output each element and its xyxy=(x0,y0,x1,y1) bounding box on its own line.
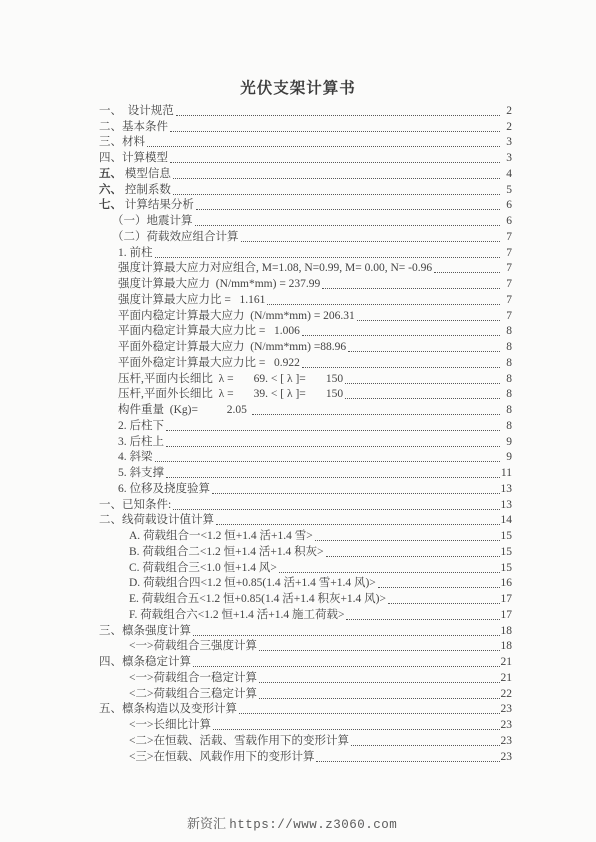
dot-leader xyxy=(173,509,499,510)
toc-row: 5. 斜支撑 11 xyxy=(0,465,512,481)
toc-entry-title: 荷载组合三稳定计算 xyxy=(153,687,257,702)
dot-leader xyxy=(173,178,500,179)
toc-entry-title: 荷载效应组合计算 xyxy=(147,230,239,245)
toc-entry-number: <三> xyxy=(129,750,153,765)
dot-leader xyxy=(351,745,500,746)
dot-leader xyxy=(193,635,500,636)
toc-page-number: 9 xyxy=(501,435,512,450)
toc-page-number: 13 xyxy=(501,482,513,497)
toc-row: 三、 檩条强度计算 18 xyxy=(0,623,512,639)
toc-entry-number: <二> xyxy=(129,734,153,749)
dot-leader xyxy=(302,367,500,368)
dot-leader xyxy=(166,446,500,447)
toc-page-number: 7 xyxy=(501,277,512,292)
toc-row: D. 荷载组合四<1.2 恒+0.85(1.4 活+1.4 雪+1.4 风)> … xyxy=(0,576,512,592)
dot-leader xyxy=(259,650,500,651)
dot-leader xyxy=(302,335,500,336)
toc-entry-title: 控制系数 xyxy=(122,183,171,198)
dot-leader xyxy=(170,162,500,163)
toc-entry-title: 平面外稳定计算最大应力比 = 0.922 xyxy=(118,356,300,371)
toc-row: <一> 长细比计算 23 xyxy=(0,717,512,733)
toc-page-number: 5 xyxy=(501,183,512,198)
toc-page-number: 2 xyxy=(501,120,512,135)
toc-entry-number: 三、 xyxy=(99,624,122,639)
toc-entry-number: 6. xyxy=(118,482,127,497)
toc-row: 一、 已知条件: 13 xyxy=(0,497,512,513)
toc-entry-title: 荷载组合一<1.2 恒+1.4 活+1.4 雪> xyxy=(140,529,313,544)
toc-entry-title: 强度计算最大应力 (N/mm*mm) = 237.99 xyxy=(118,277,320,292)
toc-page-number: 7 xyxy=(501,246,512,261)
toc-entry-number: 一、 xyxy=(99,498,122,513)
toc-page-number: 17 xyxy=(501,592,513,607)
toc-page-number: 8 xyxy=(501,340,512,355)
dot-leader xyxy=(147,146,500,147)
toc-entry-title: 荷载组合五<1.2 恒+0.85(1.4 活+1.4 积灰+1.4 风)> xyxy=(139,592,386,607)
toc-entry-number: 六、 xyxy=(99,183,122,198)
dot-leader xyxy=(252,414,500,415)
footer-watermark: 新资汇 https://www.z3060.com xyxy=(187,813,397,832)
toc-page-number: 8 xyxy=(501,403,512,418)
toc-page-number: 18 xyxy=(501,639,513,654)
toc-row: 三、 材料 3 xyxy=(0,135,512,151)
toc-entry-number: A. xyxy=(129,529,140,544)
toc-row: 4. 斜梁 9 xyxy=(0,450,512,466)
toc-entry-title: 荷载组合一稳定计算 xyxy=(153,671,257,686)
toc-entry-number: <一> xyxy=(129,718,153,733)
toc-entry-title: 压杆,平面外长细比 λ = 39. < [ λ ]= 150 xyxy=(118,387,343,402)
toc-row: 构件重量 (Kg)= 2.05 8 xyxy=(0,402,512,418)
toc-row: B. 荷载组合二<1.2 恒+1.4 活+1.4 积灰> 15 xyxy=(0,544,512,560)
toc-page-number: 23 xyxy=(501,734,513,749)
toc-row: <二> 在恒载、活载、雪载作用下的变形计算 23 xyxy=(0,733,512,749)
toc-row: C. 荷载组合三<1.0 恒+1.4 风> 15 xyxy=(0,560,512,576)
toc-page-number: 17 xyxy=(501,608,513,623)
toc-row: 6. 位移及挠度验算 13 xyxy=(0,481,512,497)
toc-page-number: 8 xyxy=(501,356,512,371)
dot-leader xyxy=(326,556,500,557)
toc-entry-title: 荷载组合二<1.2 恒+1.4 活+1.4 积灰> xyxy=(140,545,324,560)
toc-row: 2. 后柱下 8 xyxy=(0,418,512,434)
toc-entry-title: 强度计算最大应力对应组合, M=1.08, N=0.99, M= 0.00, N… xyxy=(118,261,432,276)
toc-entry-title: 檩条强度计算 xyxy=(122,624,191,639)
toc-entry-number: 5. xyxy=(118,466,127,481)
toc-page-number: 15 xyxy=(501,561,513,576)
dot-leader xyxy=(241,241,501,242)
toc-entry-title: 檩条构造以及变形计算 xyxy=(122,702,237,717)
dot-leader xyxy=(173,194,500,195)
toc-entry-title: 位移及挠度验算 xyxy=(127,482,210,497)
toc-page-number: 14 xyxy=(501,513,513,528)
toc-entry-number: 一、 xyxy=(99,104,122,119)
toc-page-number: 7 xyxy=(501,309,512,324)
toc-entry-number: E. xyxy=(129,592,139,607)
dot-leader xyxy=(315,540,500,541)
toc-row: 1. 前柱 7 xyxy=(0,245,512,261)
toc-entry-number: B. xyxy=(129,545,140,560)
toc-entry-title: 斜支撑 xyxy=(127,466,164,481)
toc-entry-title: 设计规范 xyxy=(122,104,174,119)
dot-leader xyxy=(259,682,500,683)
toc-entry-title: 模型信息 xyxy=(122,167,171,182)
dot-leader xyxy=(316,761,499,762)
toc-page-number: 8 xyxy=(501,324,512,339)
toc-entry-number: <一> xyxy=(129,639,153,654)
toc-page-number: 11 xyxy=(501,466,512,481)
toc-row: 二、 基本条件 2 xyxy=(0,119,512,135)
toc-row: 一、 设计规范 2 xyxy=(0,103,512,119)
dot-leader xyxy=(213,729,500,730)
toc-page-number: 22 xyxy=(501,687,513,702)
toc-row: 四、 计算模型 3 xyxy=(0,150,512,166)
toc-entry-number: C. xyxy=(129,561,140,576)
toc-page-number: 7 xyxy=(501,261,512,276)
toc-row: E. 荷载组合五<1.2 恒+0.85(1.4 活+1.4 积灰+1.4 风)>… xyxy=(0,591,512,607)
toc-page-number: 3 xyxy=(501,135,512,150)
toc-entry-title: 地震计算 xyxy=(147,214,193,229)
toc-row: 二、 线荷载设计值计算 14 xyxy=(0,513,512,529)
toc-entry-title: 基本条件 xyxy=(122,120,168,135)
dot-leader xyxy=(434,272,500,273)
toc-entry-title: 荷载组合六<1.2 恒+1.4 活+1.4 施工荷载> xyxy=(137,608,344,623)
toc-entry-title: 斜梁 xyxy=(127,450,153,465)
dot-leader xyxy=(166,477,500,478)
toc-page-number: 15 xyxy=(501,529,513,544)
toc-entry-number: 五、 xyxy=(99,167,122,182)
dot-leader xyxy=(212,493,500,494)
toc-page-number: 15 xyxy=(501,545,513,560)
toc-entry-number: 1. xyxy=(118,246,127,261)
dot-leader xyxy=(155,257,501,258)
dot-leader xyxy=(348,351,500,352)
dot-leader xyxy=(166,430,500,431)
toc-row: 强度计算最大应力 (N/mm*mm) = 237.99 7 xyxy=(0,276,512,292)
toc-row: 平面内稳定计算最大应力比 = 1.006 8 xyxy=(0,324,512,340)
toc-entry-number: 4. xyxy=(118,450,127,465)
toc-entry-title: 檩条稳定计算 xyxy=(122,655,191,670)
toc-entry-title: 计算模型 xyxy=(122,151,168,166)
toc-entry-title: 后柱上 xyxy=(127,435,164,450)
toc-row: 平面外稳定计算最大应力 (N/mm*mm) =88.96 8 xyxy=(0,339,512,355)
dot-leader xyxy=(195,225,501,226)
toc-entry-title: 荷载组合三强度计算 xyxy=(153,639,257,654)
toc-entry-title: 计算结果分析 xyxy=(122,198,194,213)
dot-leader xyxy=(322,288,500,289)
toc-entry-number: 3. xyxy=(118,435,127,450)
toc-row: 六、 控制系数 5 xyxy=(0,182,512,198)
toc-entry-title: 荷载组合三<1.0 恒+1.4 风> xyxy=(140,561,277,576)
dot-leader xyxy=(155,461,501,462)
page-title: 光伏支架计算书 xyxy=(0,76,596,98)
toc-entry-number: 二、 xyxy=(99,120,122,135)
dot-leader xyxy=(196,209,500,210)
toc-page-number: 6 xyxy=(501,214,512,229)
toc-page-number: 2 xyxy=(501,104,512,119)
toc-row: 五、 檩条构造以及变形计算 23 xyxy=(0,702,512,718)
toc-row: （二） 荷载效应组合计算 7 xyxy=(0,229,512,245)
toc-entry-title: 在恒载、风载作用下的变形计算 xyxy=(153,750,314,765)
toc-row: 七、 计算结果分析 6 xyxy=(0,198,512,214)
toc-entry-title: 压杆,平面内长细比 λ = 69. < [ λ ]= 150 xyxy=(118,372,343,387)
toc-page-number: 8 xyxy=(501,387,512,402)
toc-row: 平面外稳定计算最大应力比 = 0.922 8 xyxy=(0,355,512,371)
toc-page-number: 23 xyxy=(501,702,513,717)
dot-leader xyxy=(239,713,500,714)
toc-row: 压杆,平面外长细比 λ = 39. < [ λ ]= 150 8 xyxy=(0,387,512,403)
toc-entry-title: 构件重量 (Kg)= 2.05 xyxy=(118,403,250,418)
toc-entry-number: 四、 xyxy=(99,151,122,166)
toc-page-number: 8 xyxy=(501,419,512,434)
toc-entry-title: 材料 xyxy=(122,135,145,150)
dot-leader xyxy=(357,320,500,321)
toc-row: 强度计算最大应力对应组合, M=1.08, N=0.99, M= 0.00, N… xyxy=(0,261,512,277)
toc-entry-number: 七、 xyxy=(99,198,122,213)
footer-brand: 新资汇 xyxy=(187,816,226,831)
toc-row: <二> 荷载组合三稳定计算 22 xyxy=(0,686,512,702)
toc-page-number: 13 xyxy=(501,498,513,513)
dot-leader xyxy=(176,115,500,116)
toc-row: A. 荷载组合一<1.2 恒+1.4 活+1.4 雪> 15 xyxy=(0,528,512,544)
table-of-contents: 一、 设计规范 2 二、 基本条件 2 三、 材料 3 四、 计算模型 3 五、… xyxy=(0,103,512,765)
toc-page-number: 23 xyxy=(501,750,513,765)
toc-row: 压杆,平面内长细比 λ = 69. < [ λ ]= 150 8 xyxy=(0,371,512,387)
toc-page-number: 16 xyxy=(501,576,513,591)
dot-leader xyxy=(378,587,500,588)
toc-row: F. 荷载组合六<1.2 恒+1.4 活+1.4 施工荷载> 17 xyxy=(0,607,512,623)
toc-page-number: 23 xyxy=(501,718,513,733)
toc-row: 强度计算最大应力比 = 1.161 7 xyxy=(0,292,512,308)
footer-url: https://www.z3060.com xyxy=(229,818,397,832)
toc-page-number: 9 xyxy=(501,450,512,465)
toc-row: 平面内稳定计算最大应力 (N/mm*mm) = 206.31 7 xyxy=(0,308,512,324)
toc-entry-title: 长细比计算 xyxy=(153,718,211,733)
toc-page-number: 7 xyxy=(501,293,512,308)
toc-entry-title: 平面内稳定计算最大应力 (N/mm*mm) = 206.31 xyxy=(118,309,355,324)
dot-leader xyxy=(193,666,500,667)
toc-page-number: 4 xyxy=(501,167,512,182)
toc-entry-title: 前柱 xyxy=(127,246,153,261)
toc-page-number: 6 xyxy=(501,198,512,213)
dot-leader xyxy=(170,131,500,132)
dot-leader xyxy=(216,524,500,525)
toc-row: <三> 在恒载、风载作用下的变形计算 23 xyxy=(0,749,512,765)
toc-page-number: 3 xyxy=(501,151,512,166)
toc-entry-number: <二> xyxy=(129,687,153,702)
toc-entry-number: 五、 xyxy=(99,702,122,717)
toc-entry-number: 三、 xyxy=(99,135,122,150)
toc-entry-title: 线荷载设计值计算 xyxy=(122,513,214,528)
dot-leader xyxy=(388,603,500,604)
toc-page-number: 8 xyxy=(501,372,512,387)
toc-entry-title: 平面内稳定计算最大应力比 = 1.006 xyxy=(118,324,300,339)
dot-leader xyxy=(279,572,500,573)
toc-entry-number: <一> xyxy=(129,671,153,686)
toc-page-number: 18 xyxy=(501,624,513,639)
dot-leader xyxy=(345,383,500,384)
toc-row: <一> 荷载组合一稳定计算 21 xyxy=(0,670,512,686)
toc-row: 四、 檩条稳定计算 21 xyxy=(0,654,512,670)
toc-entry-number: 二、 xyxy=(99,513,122,528)
toc-entry-number: D. xyxy=(129,576,140,591)
toc-row: 五、 模型信息 4 xyxy=(0,166,512,182)
toc-entry-number: 2. xyxy=(118,419,127,434)
toc-entry-title: 在恒载、活载、雪载作用下的变形计算 xyxy=(153,734,349,749)
toc-row: （一） 地震计算 6 xyxy=(0,213,512,229)
toc-row: <一> 荷载组合三强度计算 18 xyxy=(0,639,512,655)
toc-entry-title: 已知条件: xyxy=(122,498,171,513)
toc-entry-title: 平面外稳定计算最大应力 (N/mm*mm) =88.96 xyxy=(118,340,346,355)
toc-page-number: 7 xyxy=(501,230,512,245)
dot-leader xyxy=(259,698,500,699)
toc-entry-title: 后柱下 xyxy=(127,419,164,434)
toc-entry-number: 四、 xyxy=(99,655,122,670)
dot-leader xyxy=(345,398,500,399)
document-page: 光伏支架计算书 一、 设计规范 2 二、 基本条件 2 三、 材料 3 四、 计… xyxy=(0,0,596,842)
toc-page-number: 21 xyxy=(501,655,513,670)
dot-leader xyxy=(346,619,499,620)
toc-entry-number: （一） xyxy=(112,214,147,229)
toc-entry-title: 强度计算最大应力比 = 1.161 xyxy=(118,293,265,308)
toc-page-number: 21 xyxy=(501,671,513,686)
toc-entry-title: 荷载组合四<1.2 恒+0.85(1.4 活+1.4 雪+1.4 风)> xyxy=(140,576,376,591)
toc-entry-number: （二） xyxy=(112,230,147,245)
toc-entry-number: F. xyxy=(129,608,137,623)
toc-row: 3. 后柱上 9 xyxy=(0,434,512,450)
dot-leader xyxy=(267,304,500,305)
